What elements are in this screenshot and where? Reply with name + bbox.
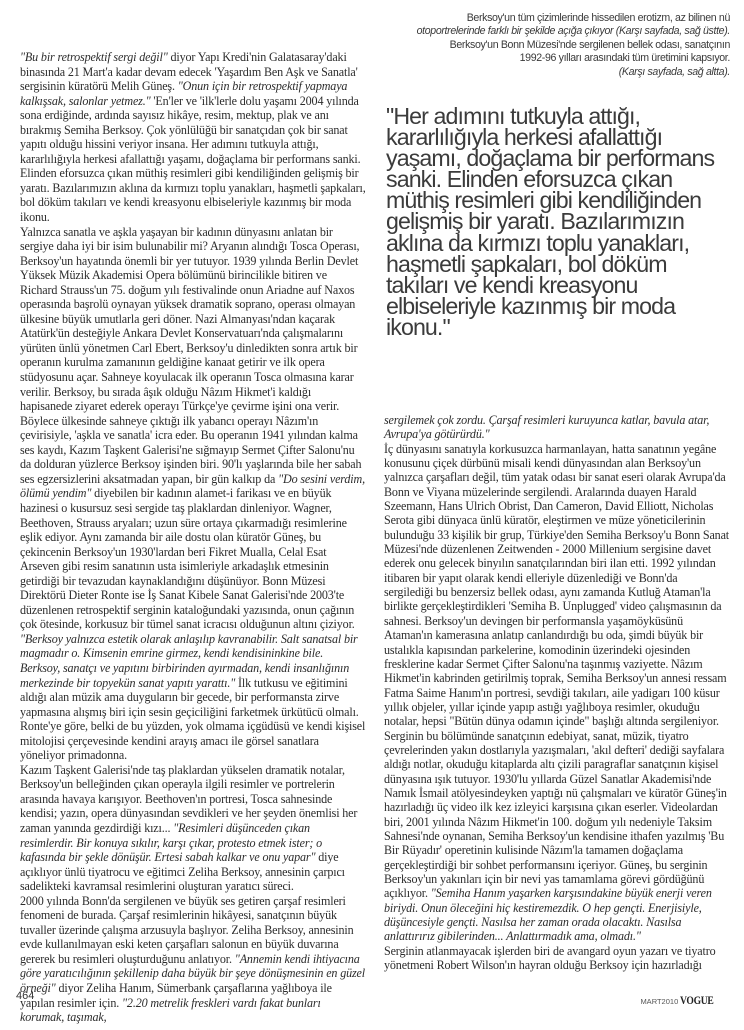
caption-line: Berksoy'un tüm çizimlerinde hissedilen e… [370, 12, 730, 25]
body-text: Yalnızca sanatla ve aşkla yaşayan bir ka… [20, 225, 361, 486]
issue-date: MART2010 [640, 997, 678, 1006]
pull-quote: "Her adımını tutkuyla attığı, kararlılığ… [386, 106, 726, 338]
article-paragraph: Kazım Taşkent Galerisi'nde taş plaklarda… [20, 763, 366, 894]
caption-line: (Karşı sayfada, sağ altta). [370, 66, 730, 79]
article-paragraph: "Bu bir retrospektif sergi değil" diyor … [20, 50, 366, 225]
body-text: İç dünyasını sanatıyla korkusuzca harman… [384, 442, 729, 901]
article-paragraph: Serginin atlanmayacak işlerden biri de a… [384, 944, 729, 973]
quote: sergilemek çok zordu. Çarşaf resimleri k… [384, 413, 709, 441]
caption-line: 1992-96 yılları arasındaki tüm üretimini… [370, 52, 730, 65]
article-column-right: sergilemek çok zordu. Çarşaf resimleri k… [384, 413, 729, 972]
body-text: 'En'ler ve 'ilk'lerle dolu yaşamı 2004 y… [20, 94, 366, 224]
article-paragraph: 2000 yılında Bonn'da sergilenen ve büyük… [20, 894, 366, 1025]
caption-line: Berksoy'un Bonn Müzesi'nde sergilenen be… [370, 39, 730, 52]
magazine-logo: VOGUE [680, 993, 713, 1008]
quote: "Semiha Hanım yaşarken karşısındakine bü… [384, 886, 712, 943]
article-column-left: "Bu bir retrospektif sergi değil" diyor … [20, 50, 366, 1025]
body-text: diyebilen bir kadının alamet-i farikası … [20, 486, 355, 631]
caption-line: otoportrelerinde farklı bir şekilde açığ… [370, 25, 730, 38]
page-number: 464 [16, 990, 34, 1002]
footer-issue-brand: MART2010 VOGUE [640, 993, 722, 1008]
quote: "Bu bir retrospektif sergi değil" [20, 50, 168, 64]
body-text: Serginin atlanmayacak işlerden biri de a… [384, 944, 715, 972]
article-paragraph: Yalnızca sanatla ve aşkla yaşayan bir ka… [20, 225, 366, 763]
photo-caption: Berksoy'un tüm çizimlerinde hissedilen e… [370, 12, 730, 79]
article-paragraph: sergilemek çok zordu. Çarşaf resimleri k… [384, 413, 729, 442]
article-paragraph: İç dünyasını sanatıyla korkusuzca harman… [384, 442, 729, 944]
